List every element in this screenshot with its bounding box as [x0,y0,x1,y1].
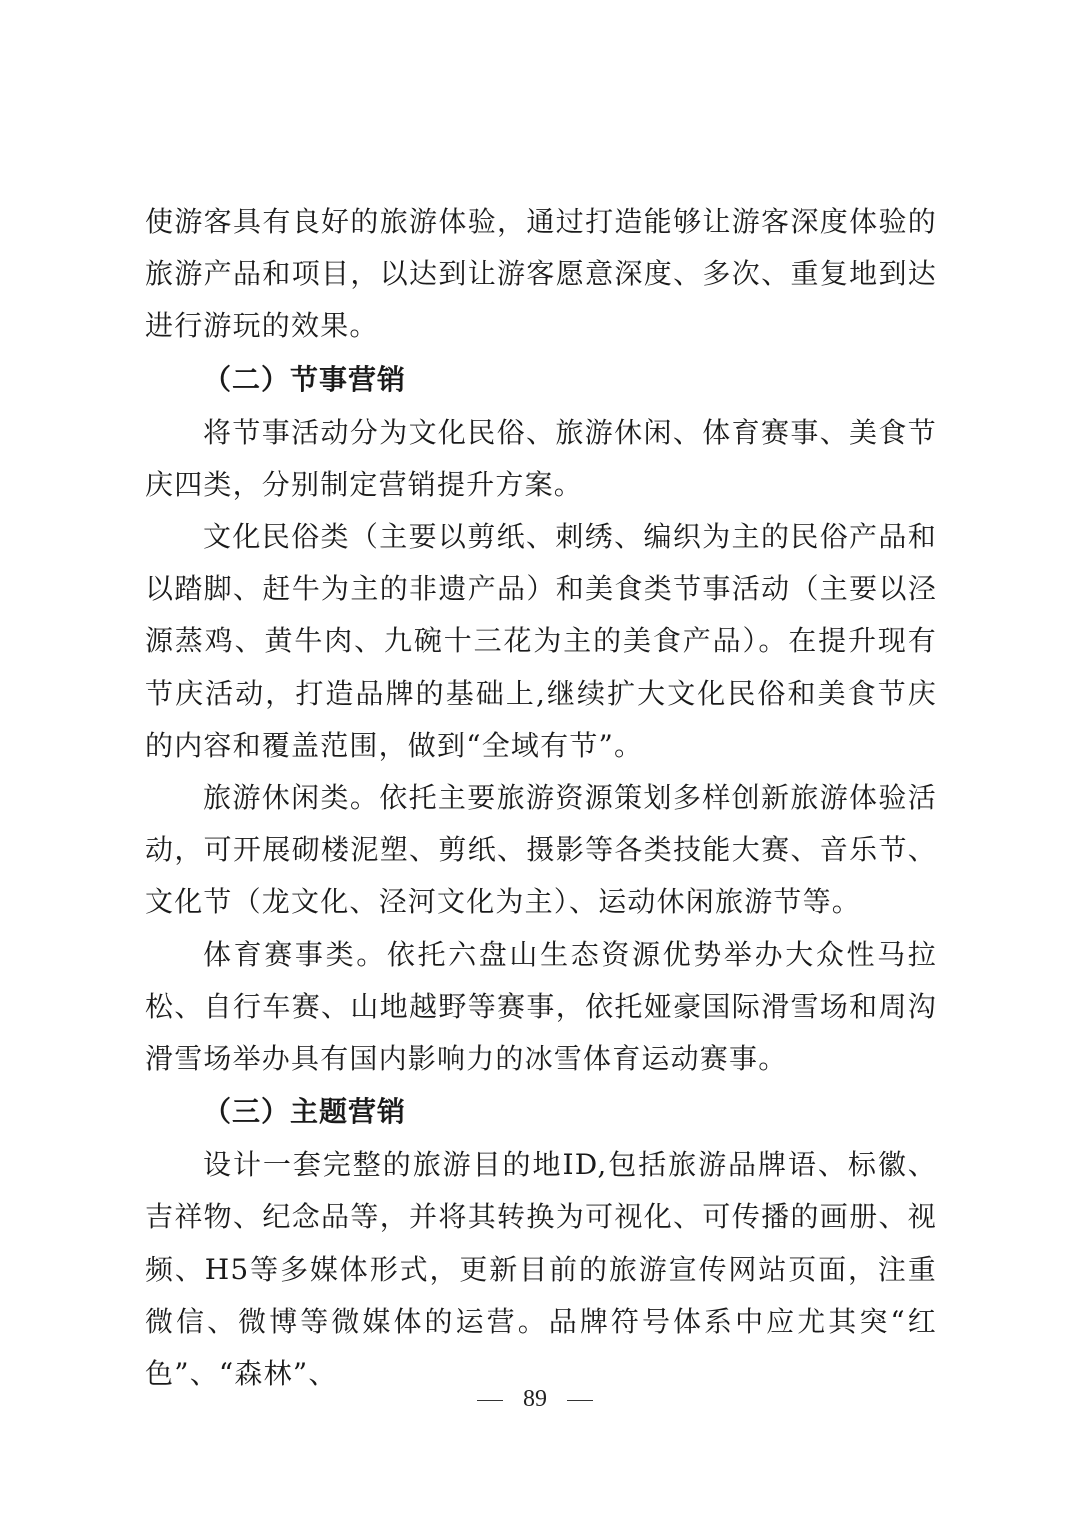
paragraph-destination-id: 设计一套完整的旅游目的地ID,包括旅游品牌语、标徽、吉祥物、纪念品等，并将其转换… [145,1139,937,1400]
footer-dash-right [567,1400,593,1401]
paragraph-intro-continuation: 使游客具有良好的旅游体验，通过打造能够让游客深度体验的旅游产品和项目，以达到让游… [145,196,937,353]
paragraph-culture-folk: 文化民俗类（主要以剪纸、刺绣、编织为主的民俗产品和以踏脚、赶牛为主的非遗产品）和… [145,511,937,772]
section-heading-festival-marketing: （二）节事营销 [145,353,937,407]
paragraph-festival-categories: 将节事活动分为文化民俗、旅游休闲、体育赛事、美食节庆四类，分别制定营销提升方案。 [145,407,937,511]
section-heading-theme-marketing: （三）主题营销 [145,1085,937,1139]
page-footer: 89 [0,1384,1070,1414]
footer-dash-left [477,1400,503,1401]
page-number: 89 [523,1386,547,1412]
page-body: 使游客具有良好的旅游体验，通过打造能够让游客深度体验的旅游产品和项目，以达到让游… [145,196,937,1400]
paragraph-leisure-tourism: 旅游休闲类。依托主要旅游资源策划多样创新旅游体验活动，可开展砌楼泥塑、剪纸、摄影… [145,772,937,929]
paragraph-sports-events: 体育赛事类。依托六盘山生态资源优势举办大众性马拉松、自行车赛、山地越野等赛事，依… [145,929,937,1086]
